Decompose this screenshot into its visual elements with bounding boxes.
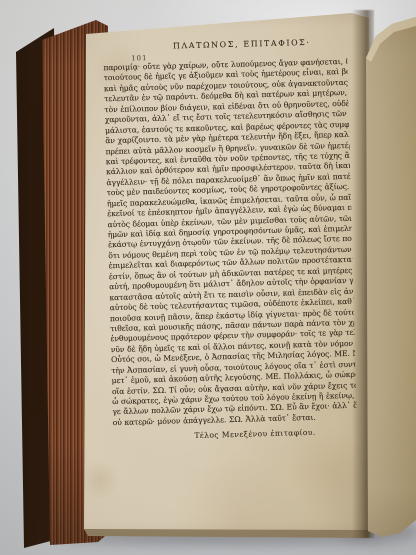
colophon: Τέλος Μενεξένου ἐπιταφίου. — [194, 428, 316, 440]
book-photograph: 101 ΠΛΑΤΩΝΟΣ, ΕΠΙΤΑΦΙΟΣ· παροιμίᾳ· οὔτε … — [0, 0, 416, 555]
printed-page-content: 101 ΠΛΑΤΩΝΟΣ, ΕΠΙΤΑΦΙΟΣ· παροιμίᾳ· οὔτε … — [103, 33, 360, 451]
body-text: παροιμίᾳ· οὔτε γὰρ χαίρων, οὔτε λυπούμεν… — [103, 57, 356, 429]
running-header-title: ΠΛΑΤΩΝΟΣ, ΕΠΙΤΑΦΙΟΣ· — [173, 38, 311, 51]
